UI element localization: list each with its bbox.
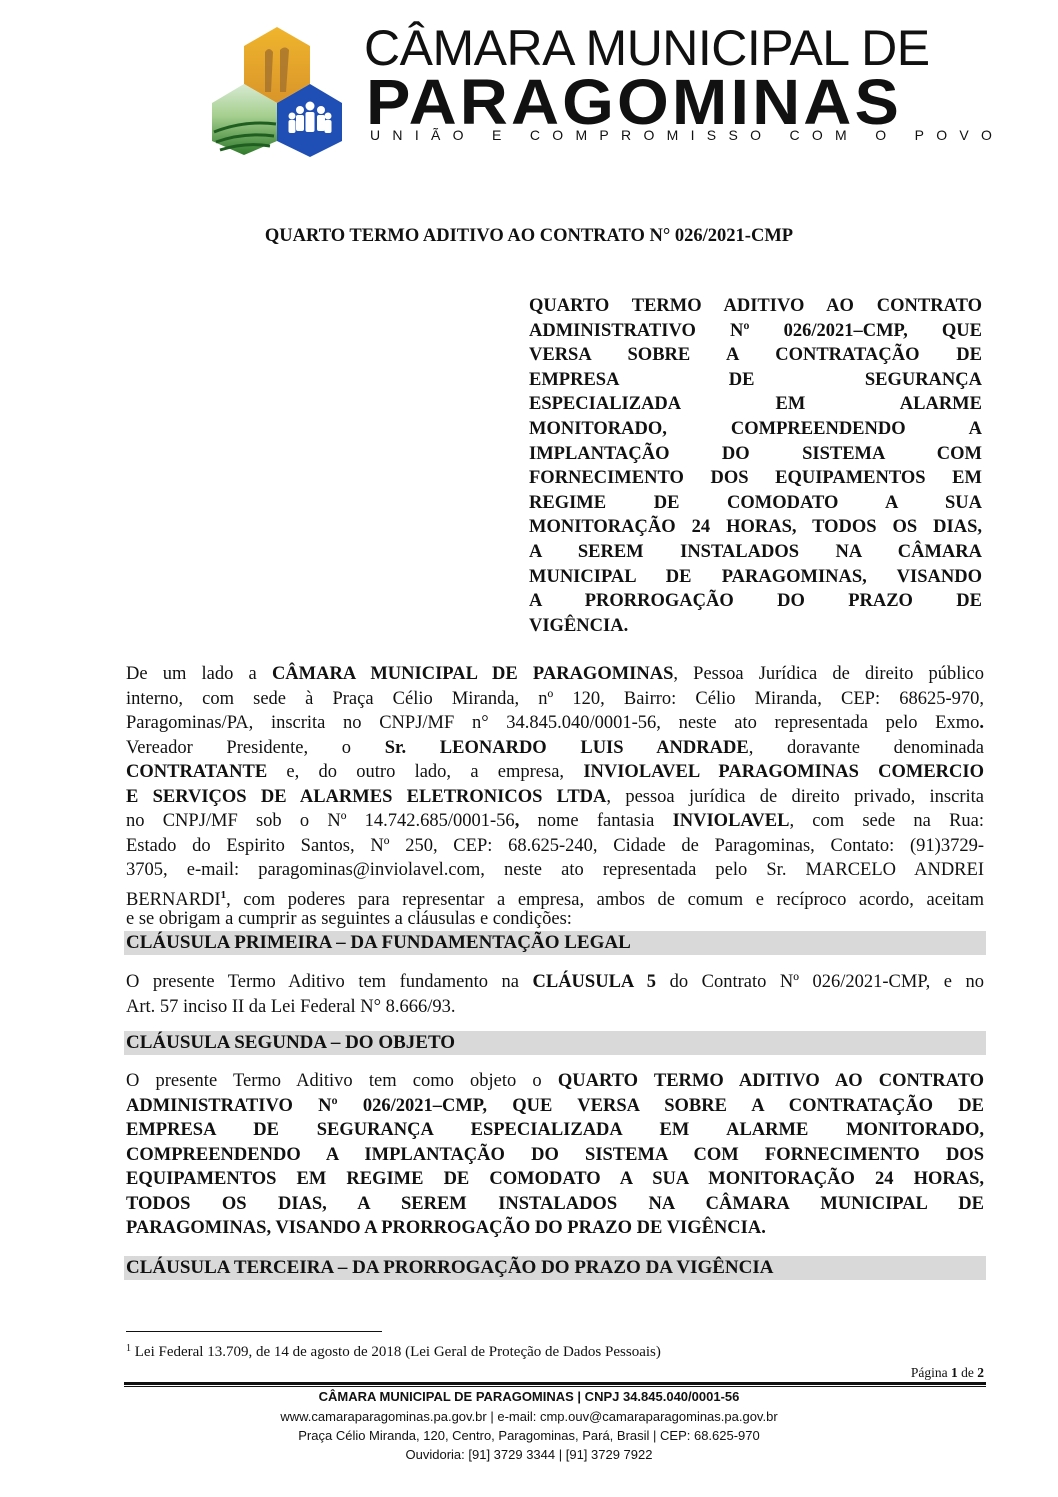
clause-body-segunda: O presente Termo Aditivo tem como objeto… — [126, 1069, 984, 1241]
footer-address: Praça Célio Miranda, 120, Centro, Parago… — [0, 1427, 1058, 1445]
paragraph-line: O presente Termo Aditivo tem fundamento … — [126, 970, 984, 995]
summary-line: A SEREM INSTALADOS NA CÂMARA — [529, 540, 982, 565]
paragraph-line: no CNPJ/MF sob o Nº 14.742.685/0001-56, … — [126, 809, 984, 834]
clause-heading-primeira: CLÁUSULA PRIMEIRA – DA FUNDAMENTAÇÃO LEG… — [124, 931, 986, 955]
paragraph-line: Vereador Presidente, o Sr. LEONARDO LUIS… — [126, 736, 984, 761]
footer-ouvidoria: Ouvidoria: [91] 3729 3344 | [91] 3729 79… — [0, 1446, 1058, 1464]
hexagon-logo-icon — [210, 22, 345, 157]
footnote-divider — [126, 1331, 382, 1332]
footer-divider — [124, 1382, 986, 1385]
paragraph-line: Art. 57 inciso II da Lei Federal N° 8.66… — [126, 995, 984, 1020]
paragraph-line: BERNARDI1, com poderes para representar … — [126, 883, 984, 908]
paragraph-line: Estado do Espirito Santos, Nº 250, CEP: … — [126, 834, 984, 859]
footer-divider-thin — [124, 1386, 986, 1387]
summary-line: REGIME DE COMODATO A SUA — [529, 491, 982, 516]
clause-heading-terceira: CLÁUSULA TERCEIRA – DA PRORROGAÇÃO DO PR… — [124, 1256, 986, 1280]
page-number: Página 1 de 2 — [911, 1365, 984, 1381]
summary-line: EMPRESA DE SEGURANÇA — [529, 368, 982, 393]
paragraph-line: EMPRESA DE SEGURANÇA ESPECIALIZADA EM AL… — [126, 1118, 984, 1143]
footnote-text: Lei Federal 13.709, de 14 de agosto de 2… — [131, 1344, 661, 1360]
summary-line: MONITORAÇÃO 24 HORAS, TODOS OS DIAS, — [529, 515, 982, 540]
paragraph-line: CONTRATANTE e, do outro lado, a empresa,… — [126, 760, 984, 785]
summary-line: MONITORADO, COMPREENDENDO A — [529, 417, 982, 442]
summary-line: IMPLANTAÇÃO DO SISTEMA COM — [529, 442, 982, 467]
footnote: 1 Lei Federal 13.709, de 14 de agosto de… — [126, 1343, 661, 1361]
summary-line: ESPECIALIZADA EM ALARME — [529, 392, 982, 417]
paragraph-line: ADMINISTRATIVO Nº 026/2021–CMP, QUE VERS… — [126, 1094, 984, 1119]
paragraph-line: COMPREENDENDO A IMPLANTAÇÃO DO SISTEMA C… — [126, 1143, 984, 1168]
paragraph-line: De um lado a CÂMARA MUNICIPAL DE PARAGOM… — [126, 662, 984, 687]
summary-line: MUNICIPAL DE PARAGOMINAS, VISANDO — [529, 565, 982, 590]
summary-line: ADMINISTRATIVO Nº 026/2021–CMP, QUE — [529, 319, 982, 344]
parties-paragraph: De um lado a CÂMARA MUNICIPAL DE PARAGOM… — [126, 662, 984, 932]
summary-line: FORNECIMENTO DOS EQUIPAMENTOS EM — [529, 466, 982, 491]
paragraph-line: Paragominas/PA, inscrita no CNPJ/MF n° 3… — [126, 711, 984, 736]
paragraph-line: O presente Termo Aditivo tem como objeto… — [126, 1069, 984, 1094]
clause-body-primeira: O presente Termo Aditivo tem fundamento … — [126, 970, 984, 1019]
paragraph-line: interno, com sede à Praça Célio Miranda,… — [126, 687, 984, 712]
paragraph-line: EQUIPAMENTOS EM REGIME DE COMODATO A SUA… — [126, 1167, 984, 1192]
clause-heading-segunda: CLÁUSULA SEGUNDA – DO OBJETO — [124, 1031, 986, 1055]
document-title: QUARTO TERMO ADITIVO AO CONTRATO N° 026/… — [0, 226, 1058, 247]
summary-line: VIGÊNCIA. — [529, 614, 982, 639]
brand-tagline: UNIÃO E COMPROMISSO COM O POVO — [370, 127, 1004, 143]
summary-line: A PRORROGAÇÃO DO PRAZO DE — [529, 589, 982, 614]
summary-line: VERSA SOBRE A CONTRATAÇÃO DE — [529, 343, 982, 368]
brand-city: PARAGOMINAS — [366, 70, 902, 134]
footer-organization: CÂMARA MUNICIPAL DE PARAGOMINAS | CNPJ 3… — [0, 1388, 1058, 1406]
paragraph-line: PARAGOMINAS, VISANDO A PRORROGAÇÃO DO PR… — [126, 1216, 984, 1241]
contract-summary: QUARTO TERMO ADITIVO AO CONTRATO ADMINIS… — [529, 294, 982, 638]
paragraph-line: e se obrigam a cumprir as seguintes a cl… — [126, 907, 984, 932]
footer-website-email: www.camaraparagominas.pa.gov.br | e-mail… — [0, 1408, 1058, 1426]
paragraph-line: E SERVIÇOS DE ALARMES ELETRONICOS LTDA, … — [126, 785, 984, 810]
summary-line: QUARTO TERMO ADITIVO AO CONTRATO — [529, 294, 982, 319]
paragraph-line: 3705, e-mail: paragominas@inviolavel.com… — [126, 858, 984, 883]
paragraph-line: TODOS OS DIAS, A SEREM INSTALADOS NA CÂM… — [126, 1192, 984, 1217]
